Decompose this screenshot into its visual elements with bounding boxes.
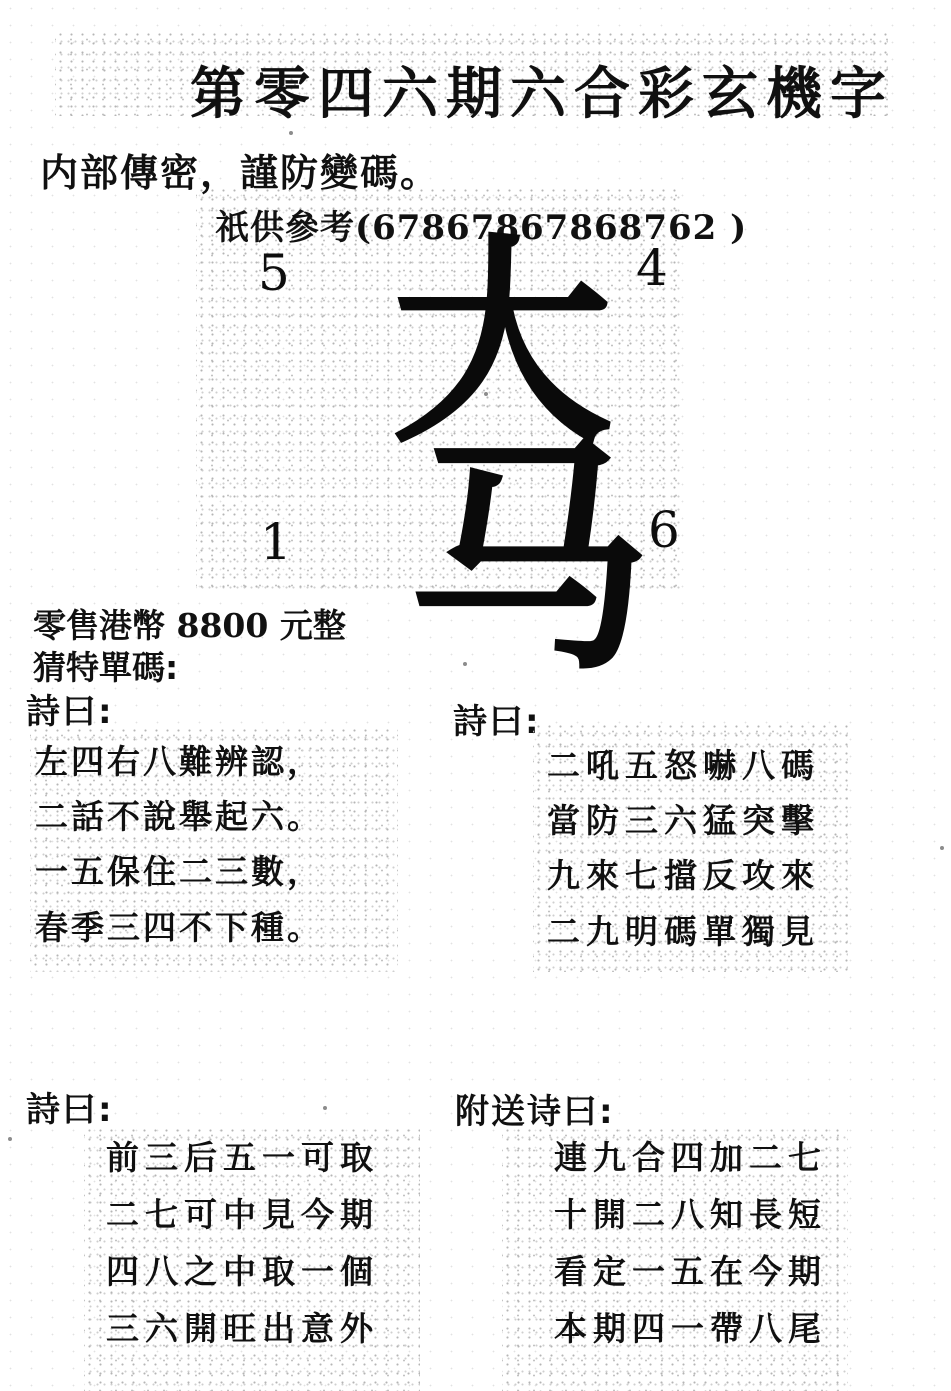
corner-number-top-right: 4 xyxy=(636,243,668,293)
corner-number-top-left: 5 xyxy=(258,248,290,298)
poem-1-line-4: 春季三四不下種。 xyxy=(35,910,323,946)
poem-4-line-2: 十開二八知長短 xyxy=(554,1197,827,1233)
scan-artifact-dot xyxy=(484,392,488,396)
corner-number-bottom-left: 1 xyxy=(260,517,292,567)
poem-4-block: 連九合四加二七 十開二八知長短 看定一五在今期 本期四一帶八尾 xyxy=(502,1126,848,1391)
poem-3-header: 詩曰: xyxy=(26,1082,114,1131)
poem-3-line-4: 三六開旺出意外 xyxy=(106,1311,379,1347)
poem-1-block: 左四右八難辨認， 二話不說舉起六。 一五保住二三數， 春季三四不下種。 xyxy=(30,726,398,972)
poem-4-line-3: 看定一五在今期 xyxy=(554,1254,827,1290)
poem-1-line-2: 二話不說舉起六。 xyxy=(35,799,323,835)
poem-2-line-2: 當防三六猛突擊 xyxy=(547,803,820,839)
poem-1-line-3: 一五保住二三數， xyxy=(35,854,323,890)
page-title: 第零四六期六合彩玄機字 xyxy=(190,50,894,130)
price-text: 零售港幣 8800 元整 xyxy=(33,600,346,647)
notice-text: 内部傳密，謹防變碼。 xyxy=(40,142,440,197)
poem-2-line-1: 二吼五怒嚇八碼 xyxy=(547,748,820,784)
scan-artifact-dot xyxy=(8,1137,12,1141)
scan-artifact-dot xyxy=(940,846,944,850)
poem-2-header: 詩曰: xyxy=(453,694,541,743)
poem-3-line-2: 二七可中見今期 xyxy=(106,1197,379,1233)
poem-2-line-3: 九來七擋反攻來 xyxy=(547,858,820,894)
mystery-char-bottom: 马 xyxy=(406,438,651,683)
poem-2-block: 二吼五怒嚇八碼 當防三六猛突擊 九來七擋反攻來 二九明碼單獨見 xyxy=(533,722,848,972)
scan-artifact-dot xyxy=(463,662,467,666)
scan-artifact-dot xyxy=(289,131,293,135)
poem-1-line-1: 左四右八難辨認， xyxy=(35,744,323,780)
poem-3-block: 前三后五一可取 二七可中見今期 四八之中取一個 三六開旺出意外 xyxy=(84,1126,420,1391)
poem-3-line-3: 四八之中取一個 xyxy=(106,1254,379,1290)
corner-number-bottom-right: 6 xyxy=(648,505,680,555)
poem-4-line-1: 連九合四加二七 xyxy=(554,1140,827,1176)
scan-artifact-dot xyxy=(323,1106,327,1110)
guess-special-code-label: 猜特單碼: xyxy=(33,642,178,689)
scanned-lottery-sheet: 第零四六期六合彩玄機字 内部傳密，謹防變碼。 祇供參考(678678678687… xyxy=(0,0,951,1391)
poem-2-line-4: 二九明碼單獨見 xyxy=(547,914,820,950)
poem-4-line-4: 本期四一帶八尾 xyxy=(554,1311,827,1347)
poem-3-line-1: 前三后五一可取 xyxy=(106,1140,379,1176)
